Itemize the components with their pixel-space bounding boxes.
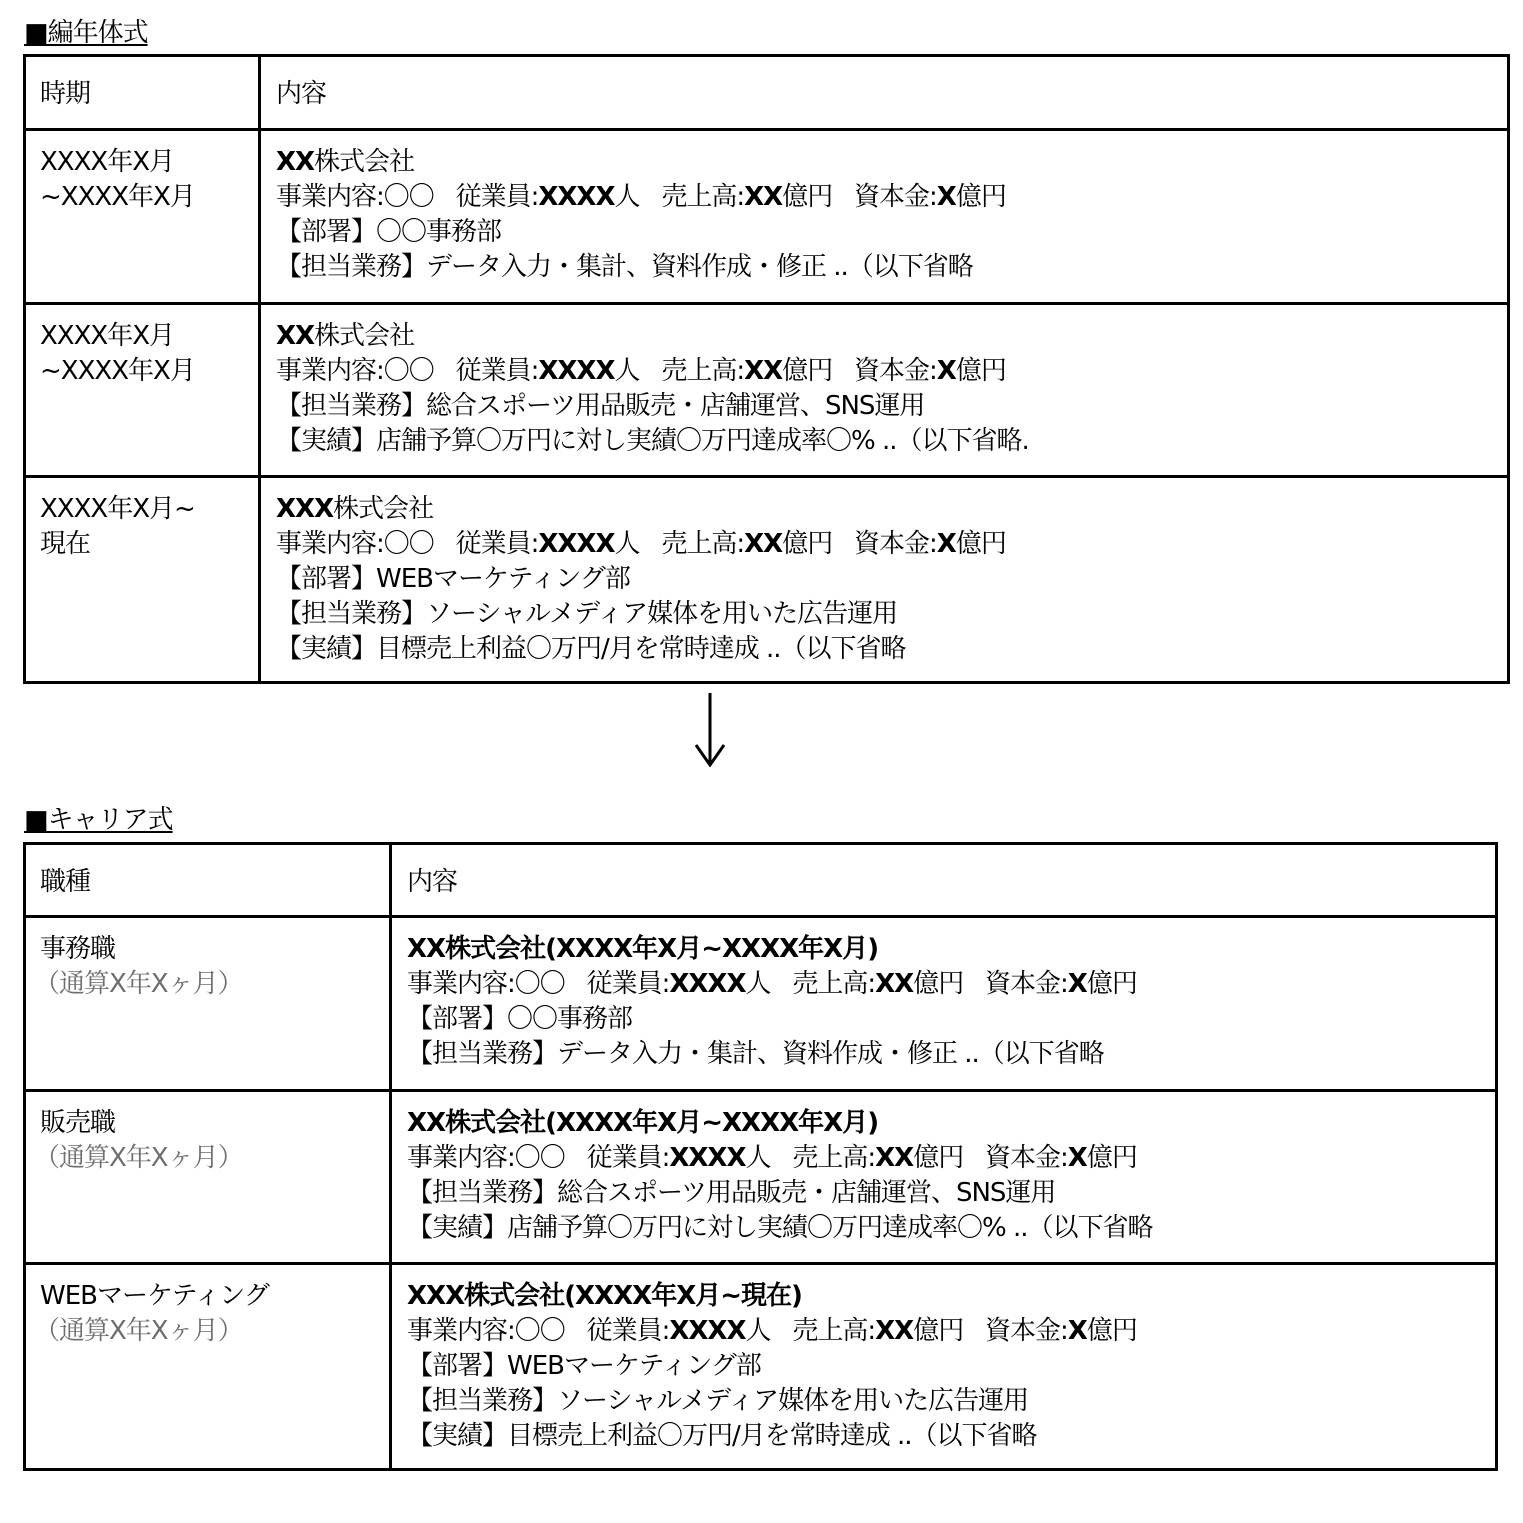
achievements-line: 【実績】店舗予算〇万円に対し実績〇万円達成率〇% ..（以下省略	[407, 1211, 1495, 1246]
table-row: XXXX年X月 ~XXXX年X月 XX株式会社 事業内容:〇〇 従業員:XXXX…	[26, 128, 1507, 302]
duties-line: 【担当業務】ソーシャルメディア媒体を用いた広告運用	[276, 597, 1507, 632]
career-table: 職種 内容 事務職 （通算X年Xヶ月） XX株式会社(XXXX年X月~XXXX年…	[23, 842, 1498, 1471]
company-name: XXX株式会社	[276, 492, 1507, 527]
job-title: WEBマーケティング	[40, 1279, 380, 1314]
job-duration: （通算X年Xヶ月）	[34, 967, 380, 1002]
header-period: 時期	[40, 57, 255, 112]
company-info: 事業内容:〇〇 従業員:XXXX人 売上高:XX億円 資本金:X億円	[276, 527, 1507, 562]
department-line: 【部署】〇〇事務部	[407, 1002, 1495, 1037]
period-end: ~XXXX年X月	[40, 354, 255, 389]
section-title-career: ■キャリア式	[24, 805, 173, 835]
duties-line: 【担当業務】データ入力・集計、資料作成・修正 ..（以下省略	[276, 250, 1507, 285]
company-heading: XX株式会社(XXXX年X月~XXXX年X月)	[407, 932, 1495, 967]
company-info: 事業内容:〇〇 従業員:XXXX人 売上高:XX億円 資本金:X億円	[407, 1314, 1495, 1349]
company-heading: XX株式会社(XXXX年X月~XXXX年X月)	[407, 1106, 1495, 1141]
period-start: XXXX年X月~	[40, 492, 255, 527]
company-info: 事業内容:〇〇 従業員:XXXX人 売上高:XX億円 資本金:X億円	[407, 967, 1495, 1002]
job-title: 販売職	[40, 1106, 380, 1141]
job-duration: （通算X年Xヶ月）	[34, 1141, 380, 1176]
period-start: XXXX年X月	[40, 319, 255, 354]
company-info: 事業内容:〇〇 従業員:XXXX人 売上高:XX億円 資本金:X億円	[276, 180, 1507, 215]
department-line: 【部署】WEBマーケティング部	[407, 1349, 1495, 1384]
table-row: 販売職 （通算X年Xヶ月） XX株式会社(XXXX年X月~XXXX年X月) 事業…	[26, 1089, 1495, 1262]
period-end: 現在	[40, 527, 255, 562]
header-job: 職種	[40, 845, 380, 900]
company-name: XX株式会社	[276, 145, 1507, 180]
duties-line: 【担当業務】総合スポーツ用品販売・店舗運営、SNS運用	[407, 1176, 1495, 1211]
achievements-line: 【実績】店舗予算〇万円に対し実績〇万円達成率〇% ..（以下省略.	[276, 424, 1507, 459]
company-heading: XXX株式会社(XXXX年X月~現在)	[407, 1279, 1495, 1314]
duties-line: 【担当業務】総合スポーツ用品販売・店舗運営、SNS運用	[276, 389, 1507, 424]
arrow-down-icon	[694, 693, 726, 767]
table-row: XXXX年X月 ~XXXX年X月 XX株式会社 事業内容:〇〇 従業員:XXXX…	[26, 302, 1507, 475]
department-line: 【部署】〇〇事務部	[276, 215, 1507, 250]
header-content: 内容	[407, 845, 1495, 900]
table-row: WEBマーケティング （通算X年Xヶ月） XXX株式会社(XXXX年X月~現在)…	[26, 1262, 1495, 1468]
period-end: ~XXXX年X月	[40, 180, 255, 215]
company-name: XX株式会社	[276, 319, 1507, 354]
duties-line: 【担当業務】データ入力・集計、資料作成・修正 ..（以下省略	[407, 1037, 1495, 1072]
table-header-row: 時期 内容	[26, 57, 1507, 128]
job-title: 事務職	[40, 932, 380, 967]
company-info: 事業内容:〇〇 従業員:XXXX人 売上高:XX億円 資本金:X億円	[407, 1141, 1495, 1176]
table-row: 事務職 （通算X年Xヶ月） XX株式会社(XXXX年X月~XXXX年X月) 事業…	[26, 915, 1495, 1089]
duties-line: 【担当業務】ソーシャルメディア媒体を用いた広告運用	[407, 1384, 1495, 1419]
achievements-line: 【実績】目標売上利益〇万円/月を常時達成 ..（以下省略	[276, 632, 1507, 667]
table-header-row: 職種 内容	[26, 845, 1495, 915]
chronological-table: 時期 内容 XXXX年X月 ~XXXX年X月 XX株式会社 事業内容:〇〇 従業…	[23, 54, 1510, 684]
achievements-line: 【実績】目標売上利益〇万円/月を常時達成 ..（以下省略	[407, 1419, 1495, 1454]
job-duration: （通算X年Xヶ月）	[34, 1314, 380, 1349]
section-title-chronological: ■編年体式	[24, 18, 148, 48]
company-info: 事業内容:〇〇 従業員:XXXX人 売上高:XX億円 資本金:X億円	[276, 354, 1507, 389]
period-start: XXXX年X月	[40, 145, 255, 180]
table-row: XXXX年X月~ 現在 XXX株式会社 事業内容:〇〇 従業員:XXXX人 売上…	[26, 475, 1507, 681]
header-content: 内容	[276, 57, 1507, 112]
department-line: 【部署】WEBマーケティング部	[276, 562, 1507, 597]
